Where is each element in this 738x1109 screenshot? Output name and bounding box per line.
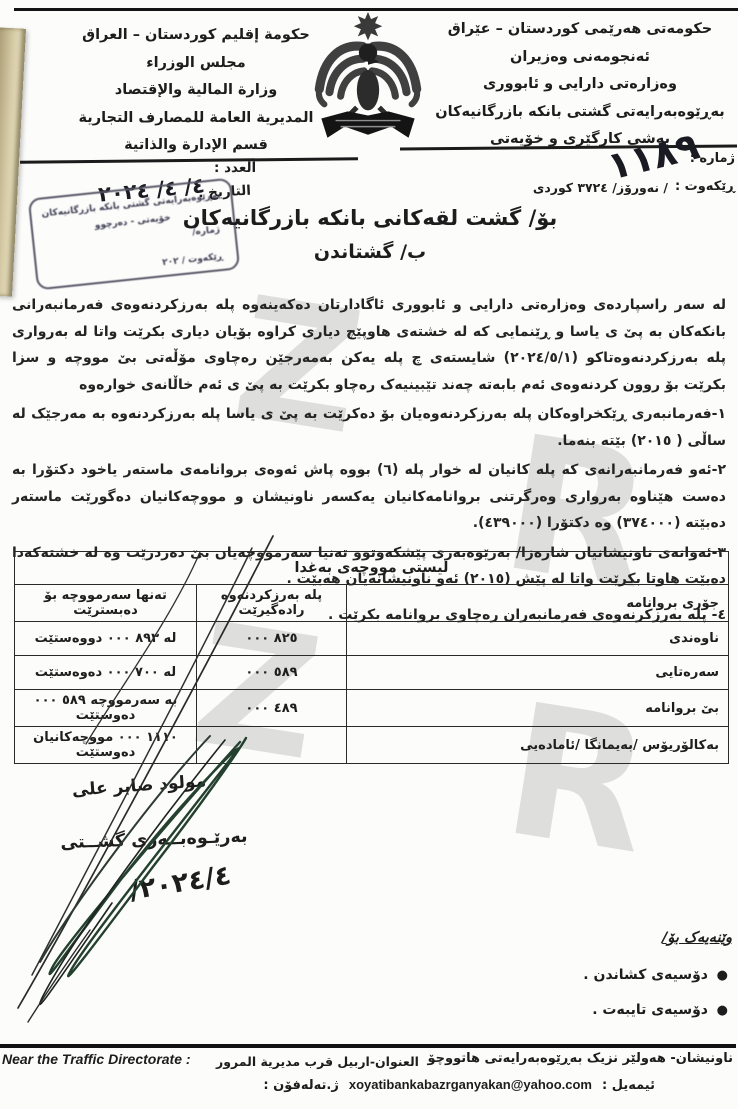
copies-heading: وێنەیەک بۆ/: [484, 930, 734, 946]
krg-eagle-emblem: [302, 10, 434, 152]
copies-item: ● دۆسیەی کشاندن .: [484, 958, 734, 993]
cell-promotion-value: [197, 727, 347, 764]
bullet-icon: ●: [717, 958, 728, 993]
cell-certificate-type: بێ بروانامە: [347, 690, 729, 727]
baghdad-salary-table: لیستی مووچەی بەغدا جۆری بروانامە پلە بەر…: [14, 551, 729, 764]
cell-certificate-type: بەکالۆریۆس /بەیمانگا /ئامادەیی: [347, 727, 729, 764]
body-intro: لە سەر راسپاردەی وەزارەتی دارایی و ئابوو…: [12, 292, 726, 398]
copies-section: وێنەیەک بۆ/ ● دۆسیەی کشاندن . ● دۆسیەی ت…: [484, 930, 734, 1028]
header-line: بەڕێوەبەرایەتی گشتی بانکە بازرگانیەکان: [424, 99, 736, 127]
footer-contact-row: ئیمەیل : xoyatibankabazrganyakan@yahoo.c…: [225, 1077, 655, 1093]
copies-item-label: دۆسیەی تایبەت .: [592, 1002, 708, 1018]
table-row: سەرەتایی ٥٨٩ ٠٠٠ لە ٧٠٠ ٠٠٠ دەوەستێت: [15, 656, 729, 690]
email-address: xoyatibankabazrganyakan@yahoo.com: [349, 1077, 592, 1092]
table-row: ناوەندی ٨٢٥ ٠٠٠ لە ٨٩٣ ٠٠٠ دووەستێت: [15, 622, 729, 656]
cell-certificate-type: ناوەندی: [347, 622, 729, 656]
copies-item-label: دۆسیەی کشاندن .: [583, 967, 708, 983]
ref-date-value: / نەورۆز/ ٣٧٢٤ کوردی: [533, 180, 668, 195]
letter-to-line: بۆ/ گشت لقەکانی بانکە بازرگانیەکان: [120, 206, 620, 230]
bullet-icon: ●: [717, 993, 728, 1028]
col-header-certificate-type: جۆری بروانامە: [347, 585, 729, 622]
signature-date-handwritten: ٢٠٢٤/٤/: [21, 860, 233, 923]
copies-item: ● دۆسیەی تایبەت .: [484, 993, 734, 1028]
cell-promotion-value: ٤٨٩ ٠٠٠: [197, 690, 347, 727]
col-header-promotion-stopped: پلە بەرزکردنەوە رادەگیرێت: [197, 585, 347, 622]
col-header-salary-cap: تەنها سەرمووچە بۆ دەبسترێت: [15, 585, 197, 622]
body-point-1: ١-فەرمانبەری ڕێکخراوەکان پلە بەرزکردنەوە…: [12, 401, 726, 454]
cell-salary-value: بە سەرمووچە ٥٨٩ ٠٠٠ دەوستێت: [15, 690, 197, 727]
cell-salary-value: ١١١٠ ٠٠٠ مووچەکانیان دەوستێت: [15, 727, 197, 764]
cell-certificate-type: سەرەتایی: [347, 656, 729, 690]
table-title-row: لیستی مووچەی بەغدا: [15, 552, 729, 585]
email-label: ئیمەیل :: [602, 1078, 655, 1093]
ref-number-label-arabic: العدد :: [214, 160, 256, 176]
footer-address-english: Near the Traffic Directorate :: [2, 1051, 191, 1067]
cell-salary-value: لە ٧٠٠ ٠٠٠ دەوەستێت: [15, 656, 197, 690]
footer-address-arabic: العنوان-اربيل قرب مديرية المرور: [216, 1054, 419, 1069]
letter-title-block: بۆ/ گشت لقەکانی بانکە بازرگانیەکان ب/ گش…: [120, 206, 620, 263]
signatory-position: بەرێـوەبــەری گشــتی: [14, 825, 295, 855]
scanned-letter-page: Z R Z R حكومەتی هەرێمی کوردستان – عێراق …: [0, 0, 738, 1109]
footer-divider: [0, 1044, 736, 1048]
header-line: ئەنجومەنی وەزیران: [424, 44, 736, 72]
table-row: بێ بروانامە ٤٨٩ ٠٠٠ بە سەرمووچە ٥٨٩ ٠٠٠ …: [15, 690, 729, 727]
table-row: بەکالۆریۆس /بەیمانگا /ئامادەیی ١١١٠ ٠٠٠ …: [15, 727, 729, 764]
table-title: لیستی مووچەی بەغدا: [15, 552, 729, 585]
header-line: وەزارەتی دارایی و ئابووری: [424, 71, 736, 99]
body-point-2: ٢-ئەو فەرمانبەرانەی کە پلە کانیان لە خوا…: [12, 457, 726, 537]
cell-promotion-value: ٥٨٩ ٠٠٠: [197, 656, 347, 690]
letter-subject-line: ب/ گشتاندن: [120, 241, 620, 263]
ref-date-label: ڕێکەوت :: [675, 179, 735, 194]
table-header-row: جۆری بروانامە پلە بەرزکردنەوە رادەگیرێت …: [15, 585, 729, 622]
cell-salary-value: لە ٨٩٣ ٠٠٠ دووەستێت: [15, 622, 197, 656]
header-line: حكومەتی هەرێمی کوردستان – عێراق: [424, 16, 736, 44]
footer-address-kurdish: ناونیشان- هەولێر نزیک بەڕێوەبەرایەتی هات…: [427, 1051, 733, 1066]
cell-promotion-value: ٨٢٥ ٠٠٠: [197, 622, 347, 656]
phone-label: ژ.تەلەفۆن :: [263, 1078, 338, 1093]
signatory-name: مولود صابر علی: [24, 768, 255, 804]
